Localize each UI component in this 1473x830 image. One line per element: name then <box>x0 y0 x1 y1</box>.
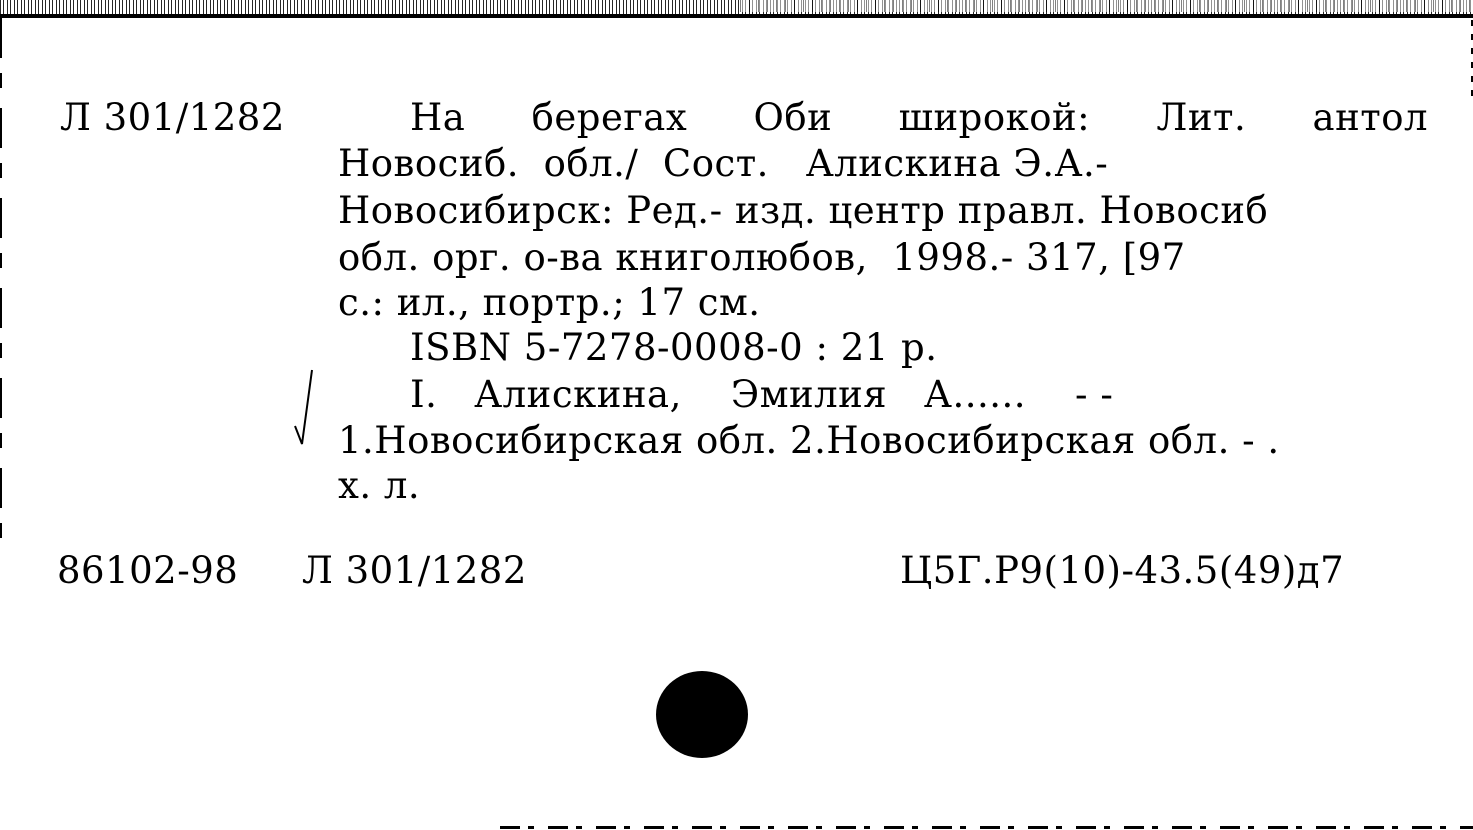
card-top-border <box>0 14 1473 18</box>
title-word: Оби <box>754 95 833 141</box>
physical-description-line: с.: ил., портр.; 17 см. <box>338 280 761 326</box>
publisher-line: обл. орг. о-ва книголюбов, 1998.- 317, [… <box>338 235 1186 281</box>
footer-shelf-mark: Л 301/1282 <box>302 548 527 594</box>
handwritten-check-icon <box>290 368 320 448</box>
title-word: Лит. <box>1156 95 1246 141</box>
subject-line: х. л. <box>338 463 420 509</box>
card-bottom-border <box>500 826 1473 829</box>
title-word: На <box>410 95 465 141</box>
title-line: На берегах Оби широкой: Лит. антол <box>410 95 1428 141</box>
isbn-line: ISBN 5-7278-0008-0 : 21 р. <box>410 325 937 371</box>
added-entry-line: I. Алискина, Эмилия А...... - - <box>410 372 1113 418</box>
card-left-border <box>0 18 2 548</box>
title-word: антол <box>1313 95 1428 141</box>
subject-line: 1.Новосибирская обл. 2.Новосибирская обл… <box>338 418 1280 464</box>
registration-number: 86102-98 <box>57 548 238 594</box>
title-word: широкой: <box>899 95 1091 141</box>
classification-code: Ц5Г.Р9(10)-43.5(49)д7 <box>900 548 1344 594</box>
description-line: Новосиб. обл./ Сост. Алискина Э.А.- <box>338 141 1108 187</box>
card-punch-hole <box>656 671 748 758</box>
shelf-mark: Л 301/1282 <box>60 95 285 141</box>
title-word: берегах <box>532 95 688 141</box>
publisher-line: Новосибирск: Ред.- изд. центр правл. Нов… <box>338 188 1268 234</box>
scan-edge-top-right <box>740 0 1473 12</box>
